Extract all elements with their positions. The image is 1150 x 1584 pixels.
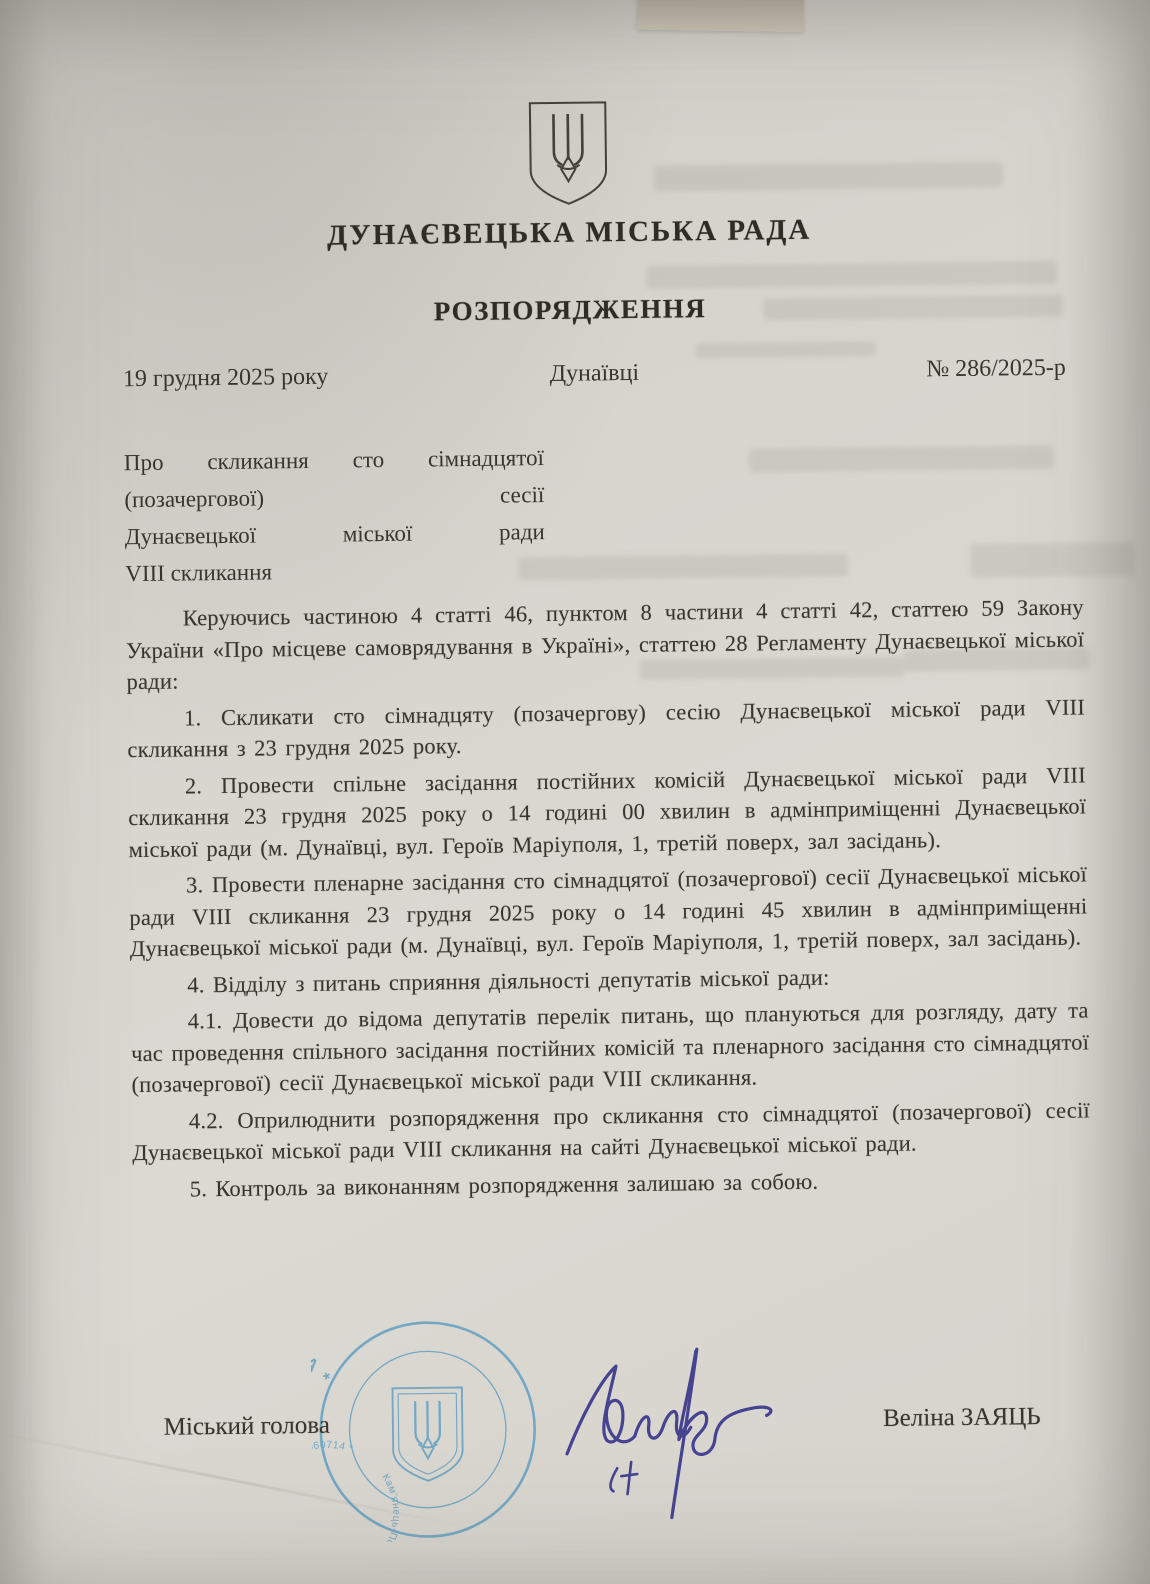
organization-name: ДУНАЄВЕЦЬКА МІСЬКА РАДА [0,210,1144,257]
document-meta-row: 19 грудня 2025 року Дунаївці № 286/2025-… [123,355,1066,367]
subject-line: VIII скликання [125,550,545,592]
preamble-paragraph: Керуючись частиною 4 статті 46, пунктом … [126,591,1085,697]
bleed-through-text [647,261,1057,289]
subject-line: Дунаєвецької міської ради [125,513,545,555]
subject-block: Про скликання сто сімнадцятої (позачерго… [124,439,546,592]
item-paragraph: 5. Контроль за виконанням розпорядження … [133,1162,1091,1205]
document-type-title: РОЗПОРЯДЖЕННЯ [0,288,1145,333]
item-paragraph: 4.2. Оприлюднити розпорядження про склик… [132,1094,1091,1169]
item-paragraph: 1. Скликати сто сімнадцяту (позачергову)… [127,691,1086,766]
bleed-through-text [518,553,848,580]
item-paragraph: 3. Провести пленарне засідання сто сімна… [129,858,1088,964]
bleed-through-text [695,341,875,358]
subject-line: (позачергової) сесії [124,476,544,518]
signer-title: Міський голова [164,1412,331,1442]
document-body: Керуючись частиною 4 статті 46, пунктом … [126,591,1091,1205]
ukraine-trident-icon [522,98,613,214]
item-paragraph: 4.1. Довести до відома депутатів перелік… [131,994,1090,1100]
document-number: № 286/2025-р [926,355,1066,384]
bleed-through-text [970,542,1135,578]
bleed-through-text [749,445,1054,473]
scanned-document-photo: ДУНАЄВЕЦЬКА МІСЬКА РАДА РОЗПОРЯДЖЕННЯ 19… [0,0,1150,1584]
bleed-through-text [653,161,1003,191]
document-place: Дунаївці [123,355,1066,394]
adhesive-tape [637,0,804,32]
signature-row: Міський голова Веліна ЗАЯЦЬ [164,1403,1041,1442]
signer-name: Веліна ЗАЯЦЬ [883,1403,1041,1433]
subject-line: Про скликання сто сімнадцятої [124,439,544,481]
item-paragraph: 2. Провести спільне засідання постійних … [128,759,1087,865]
item-paragraph: 4. Відділу з питань сприяння діяльності … [130,958,1088,1001]
paper-sheet: ДУНАЄВЕЦЬКА МІСЬКА РАДА РОЗПОРЯДЖЕННЯ 19… [0,0,1150,1584]
